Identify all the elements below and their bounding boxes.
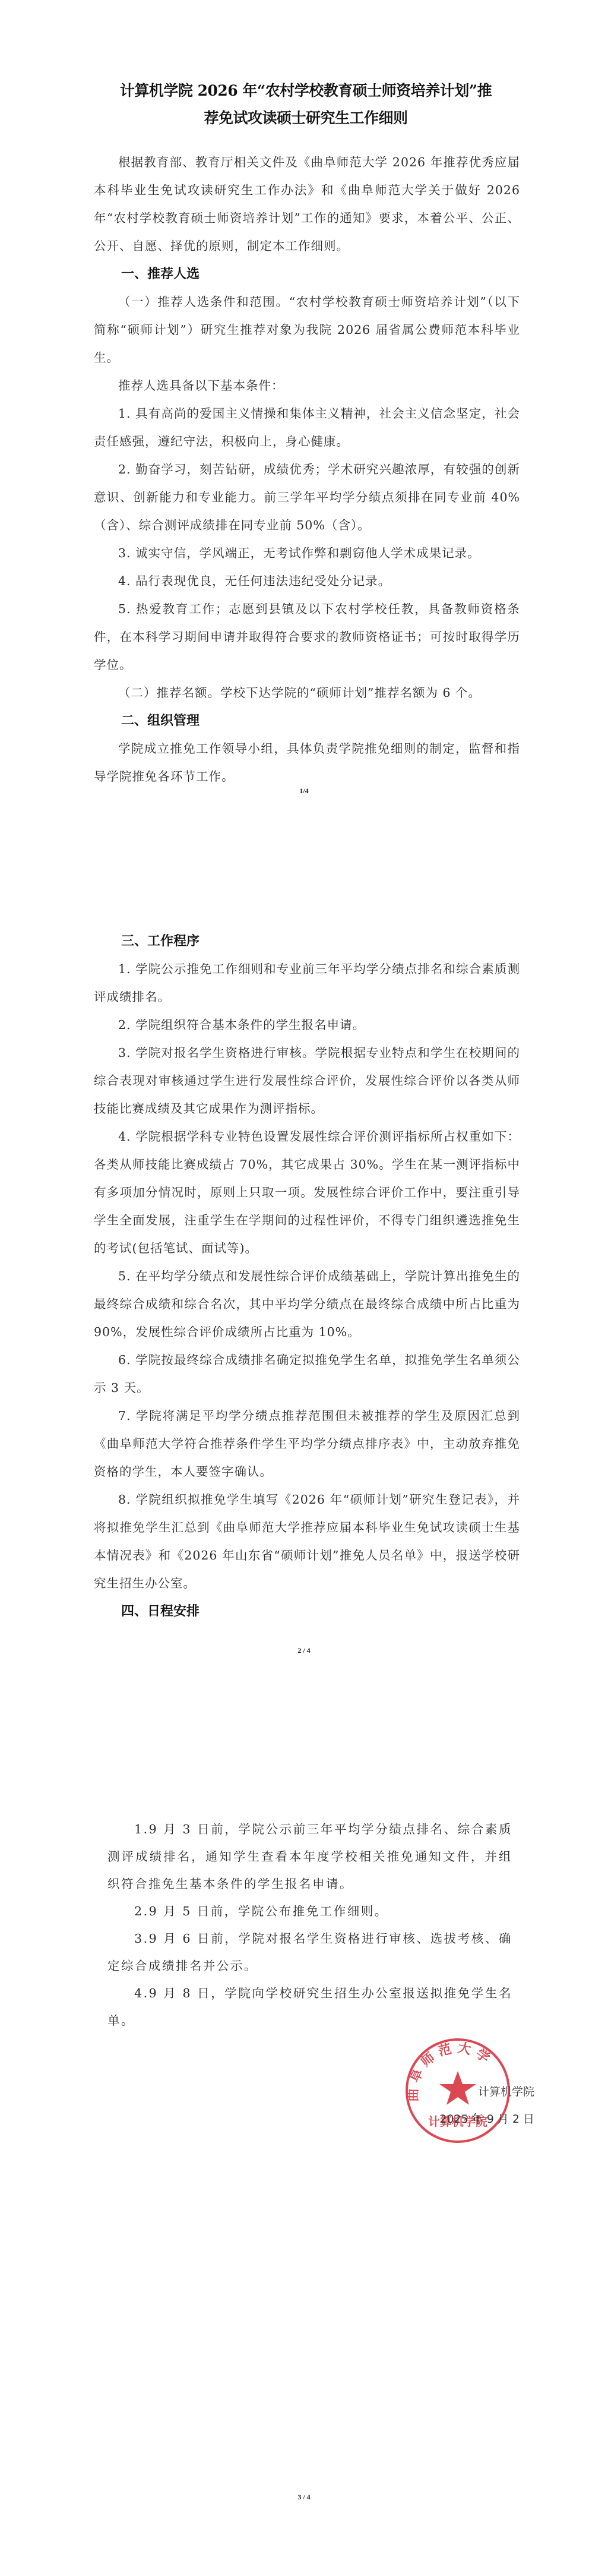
condition-item: 4. 品行表现优良，无任何违法违纪受处分记录。 (94, 567, 520, 595)
section-heading-recommendation: 一、推荐人选 (94, 260, 520, 288)
quota-paragraph: （二）推荐名额。学校下达学院的“硕师计划”推荐名额为 6 个。 (94, 679, 520, 707)
section-heading-organization: 二、组织管理 (94, 707, 520, 735)
scope-paragraph: （一）推荐人选条件和范围。“农村学校教育硕士师资培养计划”（以下简称“硕师计划”… (94, 288, 520, 372)
procedure-step: 2. 学院组织符合基本条件的学生报名申请。 (94, 1011, 520, 1039)
page-number: 1/4 (0, 787, 608, 795)
page-3-body: 1.9 月 3 日前，学院公示前三年平均学分绩点排名、综合素质测评成绩排名，通知… (107, 1816, 512, 2034)
section-heading-procedure: 三、工作程序 (94, 927, 520, 955)
condition-item: 5. 热爱教育工作；志愿到县镇及以下农村学校任教，具备教师资格条件，在本科学习期… (94, 595, 520, 679)
procedure-step: 4. 学院根据学科专业特色设置发展性综合评价测评指标所占权重如下：各类从师技能比… (94, 1123, 520, 1262)
condition-item: 1. 具有高尚的爱国主义情操和集体主义精神，社会主义信念坚定，社会责任感强，遵纪… (94, 400, 520, 456)
page-1: 计算机学院 2026 年“农村学校教育硕士师资培养计划”推 荐免试攻读硕士研究生… (0, 0, 608, 858)
page-3: 1.9 月 3 日前，学院公示前三年平均学分绩点排名、综合素质测评成绩排名，通知… (0, 1717, 608, 2576)
title-line-2: 荐免试攻读硕士研究生工作细则 (89, 105, 522, 132)
condition-item: 3. 诚实守信，学风端正，无考试作弊和剽窃他人学术成果记录。 (94, 539, 520, 567)
procedure-step: 8. 学院组织拟推免学生填写《2026 年“硕师计划”研究生登记表》，并将拟推免… (94, 1486, 520, 1598)
schedule-item: 4.9 月 8 日，学院向学校研究生招生办公室报送拟推免学生名单。 (107, 1980, 512, 2034)
condition-item: 2. 勤奋学习，刻苦钻研，成绩优秀；学术研究兴趣浓厚，有较强的创新意识、创新能力… (94, 456, 520, 539)
organization-paragraph: 学院成立推免工作领导小组，具体负责学院推免细则的制定，监督和指导学院推免各环节工… (94, 735, 520, 791)
schedule-item: 2.9 月 5 日前，学院公布推免工作细则。 (107, 1898, 512, 1925)
signature-block: 计算机学院 2025 年 9 月 2 日 (392, 2078, 534, 2133)
document-title: 计算机学院 2026 年“农村学校教育硕士师资培养计划”推 荐免试攻读硕士研究生… (89, 77, 522, 132)
signature-org: 计算机学院 (392, 2078, 534, 2105)
signature-date: 2025 年 9 月 2 日 (392, 2105, 534, 2133)
page-1-body: 根据教育部、教育厅相关文件及《曲阜师范大学 2026 年推荐优秀应届本科毕业生免… (94, 149, 520, 791)
procedure-step: 5. 在平均学分绩点和发展性综合评价成绩基础上，学院计算出推免生的最终综合成绩和… (94, 1262, 520, 1346)
page-number: 2 / 4 (0, 1646, 608, 1655)
page-number: 3 / 4 (0, 2493, 608, 2502)
procedure-step: 6. 学院按最终综合成绩排名确定拟推免学生名单，拟推免学生名单须公示 3 天。 (94, 1346, 520, 1402)
schedule-item: 1.9 月 3 日前，学院公示前三年平均学分绩点排名、综合素质测评成绩排名，通知… (107, 1816, 512, 1898)
procedure-step: 3. 学院对报名学生资格进行审核。学院根据专业特点和学生在校期间的综合表现对审核… (94, 1039, 520, 1123)
page-2: 三、工作程序 1. 学院公示推免工作细则和专业前三年平均学分绩点排名和综合素质测… (0, 858, 608, 1717)
section-heading-schedule: 四、日程安排 (94, 1598, 520, 1625)
procedure-step: 7. 学院将满足平均学分绩点推荐范围但未被推荐的学生及原因汇总到《曲阜师范大学符… (94, 1402, 520, 1486)
title-line-1: 计算机学院 2026 年“农村学校教育硕士师资培养计划”推 (89, 77, 522, 105)
conditions-intro: 推荐人选具备以下基本条件： (94, 372, 520, 400)
schedule-item: 3.9 月 6 日前，学院对报名学生资格进行审核、选拔考核、确定综合成绩排名并公… (107, 1925, 512, 1980)
procedure-step: 1. 学院公示推免工作细则和专业前三年平均学分绩点排名和综合素质测评成绩排名。 (94, 955, 520, 1011)
page-2-body: 三、工作程序 1. 学院公示推免工作细则和专业前三年平均学分绩点排名和综合素质测… (94, 927, 520, 1625)
intro-paragraph: 根据教育部、教育厅相关文件及《曲阜师范大学 2026 年推荐优秀应届本科毕业生免… (94, 149, 520, 260)
